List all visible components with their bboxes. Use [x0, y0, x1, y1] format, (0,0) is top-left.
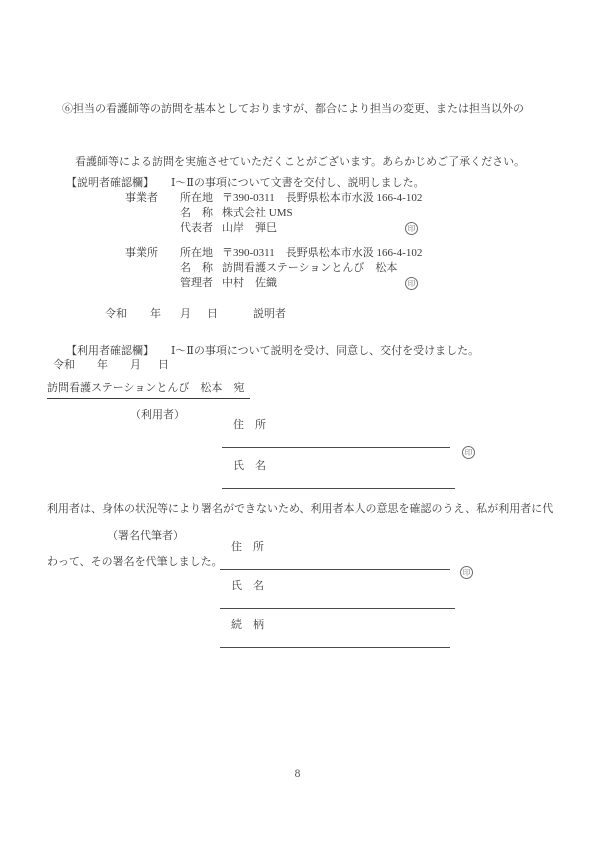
seal-mark-icon: 印 [460, 566, 473, 579]
document-page: ⑥担当の看護師等の訪問を基本としておりますが、都合により担当の変更、または担当以… [0, 0, 595, 842]
seal-mark-icon: 印 [405, 277, 418, 290]
office-address-row: 事業所 所在地 〒390-0311 長野県松本市水汲 166-4-102 [125, 246, 422, 261]
operator-representative-label: 代表者 [180, 221, 222, 236]
explainer-heading-note: Ⅰ～Ⅱの事項について文書を交付し、説明しました。 [171, 177, 425, 189]
year-label: 年 [150, 305, 161, 321]
seal-mark-icon: 印 [462, 446, 475, 459]
explainer-heading-label: 【説明者確認欄】 [66, 177, 154, 189]
office-name-label: 名 称 [180, 261, 222, 276]
office-name-value: 訪問看護ステーションとんび 松本 [222, 261, 397, 276]
proxy-address-field: 住 所 [220, 526, 450, 570]
seal-mark-icon: 印 [405, 222, 418, 235]
user-heading-note: Ⅰ～Ⅱの事項について説明を受け、同意し、交付を受けました。 [171, 345, 479, 357]
day-label: 日 [158, 356, 169, 372]
operator-representative-row: 代表者 山岸 弾巳 印 [125, 221, 422, 236]
office-address-value: 〒390-0311 長野県松本市水汲 166-4-102 [222, 246, 422, 261]
proxy-name-field: 氏 名 [220, 565, 455, 609]
operator-name-value: 株式会社 UMS [222, 206, 293, 221]
user-address-field-label: 住 所 [233, 419, 266, 431]
user-role-label: （利用者） [130, 406, 185, 422]
operator-address-value: 〒390-0311 長野県松本市水汲 166-4-102 [222, 191, 422, 206]
era-label: 令和 [105, 305, 127, 321]
operator-block: 事業者 所在地 〒390-0311 長野県松本市水汲 166-4-102 名 称… [125, 191, 422, 237]
user-address-field: 住 所 [222, 404, 450, 448]
office-manager-label: 管理者 [180, 276, 222, 291]
month-label: 月 [180, 305, 191, 321]
operator-name-row: 名 称 株式会社 UMS [125, 206, 422, 221]
era-label: 令和 [53, 356, 75, 372]
operator-name-label: 名 称 [180, 206, 222, 221]
proxy-role-label: （署名代筆者） [107, 527, 184, 543]
office-block: 事業所 所在地 〒390-0311 長野県松本市水汲 166-4-102 名 称… [125, 246, 422, 292]
operator-address-row: 事業者 所在地 〒390-0311 長野県松本市水汲 166-4-102 [125, 191, 422, 206]
office-entity-label: 事業所 [125, 246, 180, 261]
operator-address-label: 所在地 [180, 191, 222, 206]
office-address-label: 所在地 [180, 246, 222, 261]
operator-entity-label: 事業者 [125, 191, 180, 206]
proxy-relation-field: 続 柄 [220, 604, 450, 648]
clause-6-line-1: ⑥担当の看護師等の訪問を基本としておりますが、都合により担当の変更、または担当以… [62, 101, 525, 119]
proxy-address-field-label: 住 所 [231, 541, 264, 553]
proxy-relation-field-label: 続 柄 [231, 619, 264, 631]
month-label: 月 [130, 356, 141, 372]
addressee-line: 訪問看護ステーションとんび 松本 宛 [47, 379, 250, 399]
user-confirm-heading: 【利用者確認欄】Ⅰ～Ⅱの事項について説明を受け、同意し、交付を受けました。 [55, 330, 479, 370]
proxy-note-line-1: 利用者は、身体の状況等により署名ができないため、利用者本人の意思を確認のうえ、私… [47, 501, 553, 519]
operator-representative-value: 山岸 弾巳 [222, 221, 277, 236]
office-name-row: 名 称 訪問看護ステーションとんび 松本 [125, 261, 422, 276]
proxy-name-field-label: 氏 名 [231, 580, 264, 592]
office-manager-row: 管理者 中村 佐織 印 [125, 276, 422, 291]
year-label: 年 [97, 356, 108, 372]
day-label: 日 [207, 305, 218, 321]
page-number: 8 [0, 768, 595, 780]
office-manager-value: 中村 佐織 [222, 276, 277, 291]
explainer-signer-label: 説明者 [253, 305, 286, 321]
